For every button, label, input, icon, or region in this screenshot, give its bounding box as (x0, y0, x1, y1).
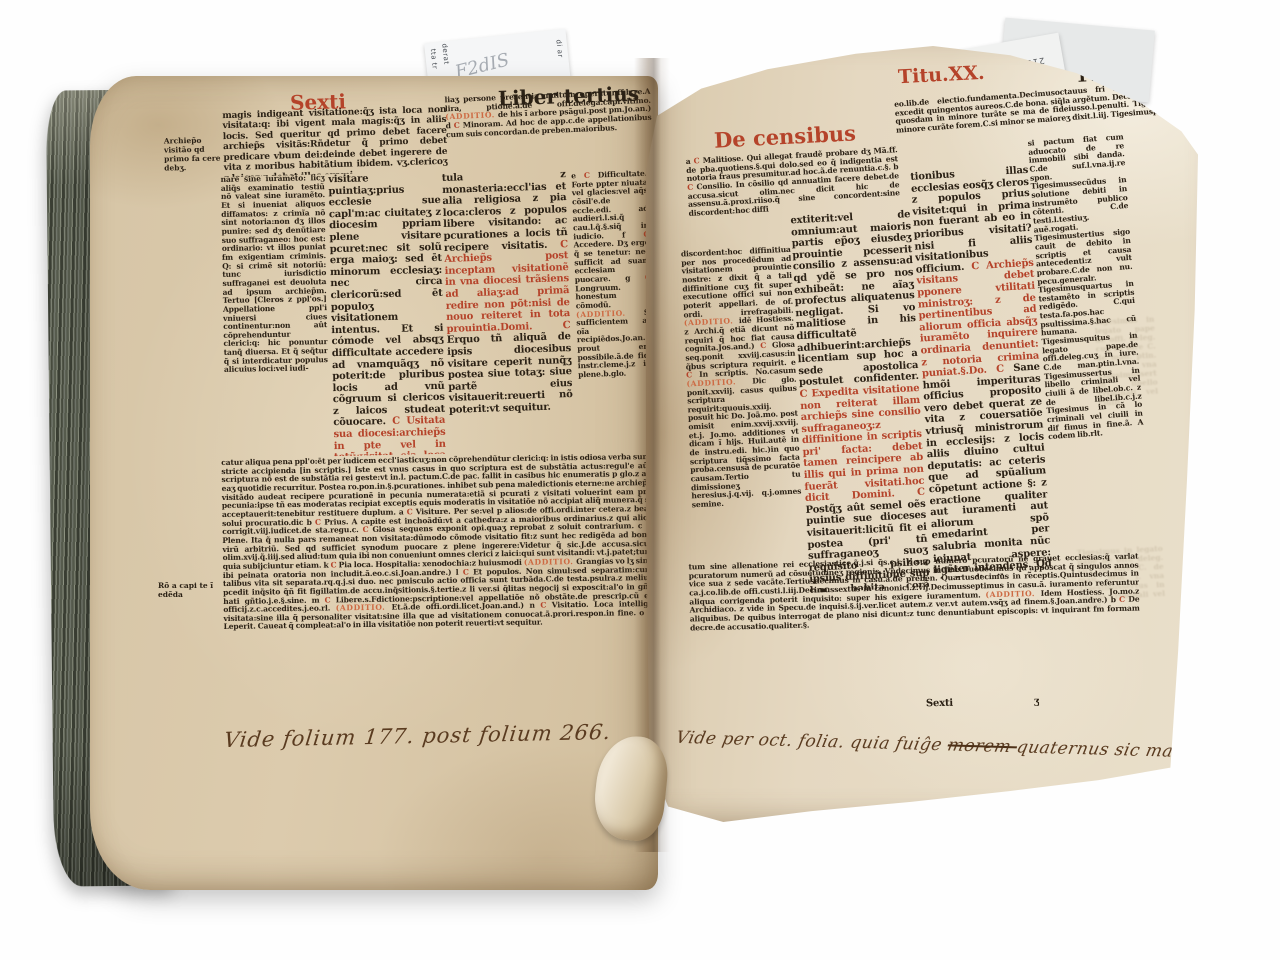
text-column-main-1: extiterit:vel de omnium:aut maioris part… (790, 209, 930, 593)
signature-mark: ʒ (1034, 696, 1040, 708)
margin-note-top: Archiep̃o visitão qd primo fa cere debʒ. (164, 135, 225, 172)
text-column-gloss-1: discordent:hoc diffinitiua per nos proce… (681, 246, 806, 588)
catchword: Sexti (926, 698, 953, 710)
handwritten-note-left: Vide folium 177. post folium 266. (223, 720, 613, 752)
section-title-titu-xx: Titu.XX. (897, 62, 985, 89)
text-lower-commentary: tum sine allenatione rei ecclesiastice.q… (688, 553, 1141, 698)
slip-printed-fragment: derat (440, 43, 450, 65)
right-page: Titu.XX. 177 De censibus eo.lib.de elect… (646, 46, 1198, 822)
margin-note-bottom: Rõ a capi te ĩ edẽda (158, 581, 214, 599)
gutter-shadow (634, 58, 670, 852)
text-column-main-2: tionibus illas ecclesias eosq̃ʒ cleros z… (910, 165, 1052, 579)
text-column-main-1: visitare puintiaʒ:prius ecclesie sue cap… (328, 172, 446, 456)
note-struck-word: morem (946, 735, 1019, 757)
photo-background: tta tr derat di ar F2dIS 2192 moglia ori… (0, 0, 1280, 960)
ghost-showthrough-text: Tigesimus in legato pape de offi. deleg.… (1094, 315, 1162, 468)
chapter-header-de-censibus: De censibus (713, 120, 856, 152)
note-text: Vide per oct. folia. quia fuiĝe (674, 728, 950, 755)
slip-printed-fragment: di ar (554, 39, 564, 58)
handwritten-note-right: Vide per oct. folia. quia fuiĝe morem qu… (674, 728, 1264, 764)
text-column-gloss-1: nare sine iuramẽto: licʒ aliq̃s examinat… (221, 174, 330, 456)
ghost-showthrough-text: Tigesimus in legato pape de offi. deleg.… (1077, 544, 1174, 758)
left-page: Sexti Liber tertius Archiep̃o visitão qd… (90, 76, 658, 890)
text-intro-left: magis indigeant visitatione:q̃ʒ ista loc… (222, 105, 448, 177)
text-column-main-2: tula z monasteria:eccl'ias et alia relig… (442, 169, 575, 457)
text-intro-right: liaʒ persone presentia multum operatur.f… (444, 88, 653, 177)
text-lower-commentary: catur aliqua pena ppl'o:ēt per iudicem e… (221, 453, 655, 721)
slip-printed-fragment: tta tr (429, 48, 439, 69)
note-text: quaternus sic male appone (1015, 737, 1264, 764)
